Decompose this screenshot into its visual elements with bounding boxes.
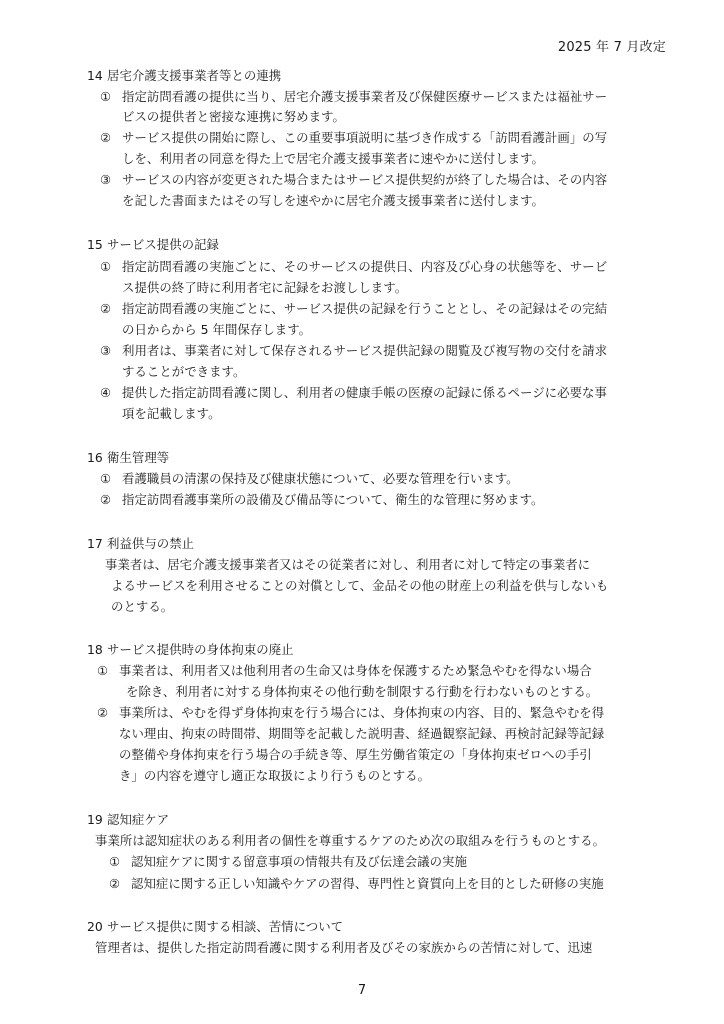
list-item: ②サービス提供の開始に際し、この重要事項説明に基づき作成する「訪問看護計画」の写 <box>100 128 607 148</box>
revision-date: 2025 年 7 月改定 <box>558 36 666 55</box>
section-heading-14: 14居宅介護支援事業者等との連携 <box>87 66 281 86</box>
list-item-continuation: ス提供の終了時に利用者宅に記録をお渡しします。 <box>122 278 407 298</box>
list-item: ④提供した指定訪問看護に関し、利用者の健康手帳の医療の記録に係るページに必要な事 <box>100 383 607 403</box>
list-item-continuation: を記した書面またはその写しを速やかに居宅介護支援事業者に送付します。 <box>122 191 544 211</box>
list-item: ③利用者は、事業者に対して保存されるサービス提供記録の閲覧及び複写物の交付を請求 <box>100 341 607 361</box>
section-heading-15: 15サービス提供の記録 <box>87 235 219 255</box>
list-item-continuation: ない理由、拘束の時間帯、期間等を記載した説明書、経過観察記録、再検討記録等記録 <box>119 724 604 744</box>
list-item: ②指定訪問看護の実施ごとに、サービス提供の記録を行うこととし、その記録はその完結 <box>100 299 607 319</box>
paragraph-line: のとする。 <box>111 597 173 617</box>
paragraph-line: 事業者は、居宅介護支援事業者又はその従業者に対し、利用者に対して特定の事業者に <box>105 555 590 575</box>
list-item: ②事業所は、やむを得ず身体拘束を行う場合には、身体拘束の内容、目的、緊急やむを得 <box>97 703 604 723</box>
section-heading-18: 18サービス提供時の身体拘束の廃止 <box>87 640 294 660</box>
list-item-continuation: ビスの提供者と密接な連携に努めます。 <box>122 107 345 127</box>
list-item: ①事業者は、利用者又は他利用者の生命又は身体を保護するため緊急やむを得ない場合 <box>97 661 592 681</box>
list-item-continuation: することができます。 <box>122 362 245 382</box>
list-item: ①看護職員の清潔の保持及び健康状態について、必要な管理を行います。 <box>100 469 519 489</box>
paragraph-line: よるサービスを利用させることの対償として、金品その他の財産上の利益を供与しないも <box>111 576 608 596</box>
section-heading-19: 19認知症ケア <box>87 810 169 830</box>
list-item: ②認知症に関する正しい知識やケアの習得、専門性と資質向上を目的とした研修の実施 <box>109 874 604 894</box>
list-item: ①認知症ケアに関する留意事項の情報共有及び伝達会議の実施 <box>109 852 467 872</box>
list-item-continuation: き」の内容を遵守し適正な取扱により行うものとする。 <box>119 766 430 786</box>
section-heading-17: 17利益供与の禁止 <box>87 534 194 554</box>
section-heading-20: 20サービス提供に関する相談、苦情について <box>87 917 343 937</box>
list-item: ①指定訪問看護の実施ごとに、そのサービスの提供日、内容及び心身の状態等を、サービ <box>100 257 607 277</box>
paragraph-line: 事業所は認知症状のある利用者の個性を尊重するケアのため次の取組みを行うものとする… <box>95 831 605 851</box>
list-item-continuation: の整備や身体拘束を行う場合の手続き等、厚生労働省策定の「身体拘束ゼロへの手引 <box>119 745 592 765</box>
list-item-continuation: 項を記載します。 <box>122 404 221 424</box>
paragraph-line: 管理者は、提供した指定訪問看護に関する利用者及びその家族からの苦情に対して、迅速 <box>95 938 592 958</box>
list-item-continuation: しを、利用者の同意を得た上で居宅介護支援事業者に速やかに送付します。 <box>122 149 544 169</box>
page-number: 7 <box>0 983 724 998</box>
list-item-continuation: の日からから 5 年間保存します。 <box>122 320 311 340</box>
list-item-continuation: を除き、利用者に対する身体拘束その他行動を制限する行動を行わないものとする。 <box>126 682 598 702</box>
list-item: ③サービスの内容が変更された場合またはサービス提供契約が終了した場合は、その内容 <box>100 170 607 190</box>
list-item: ②指定訪問看護事業所の設備及び備品等について、衛生的な管理に努めます。 <box>100 490 544 510</box>
section-heading-16: 16衛生管理等 <box>87 448 169 468</box>
list-item: ①指定訪問看護の提供に当り、居宅介護支援事業者及び保健医療サービスまたは福祉サー <box>100 87 607 107</box>
